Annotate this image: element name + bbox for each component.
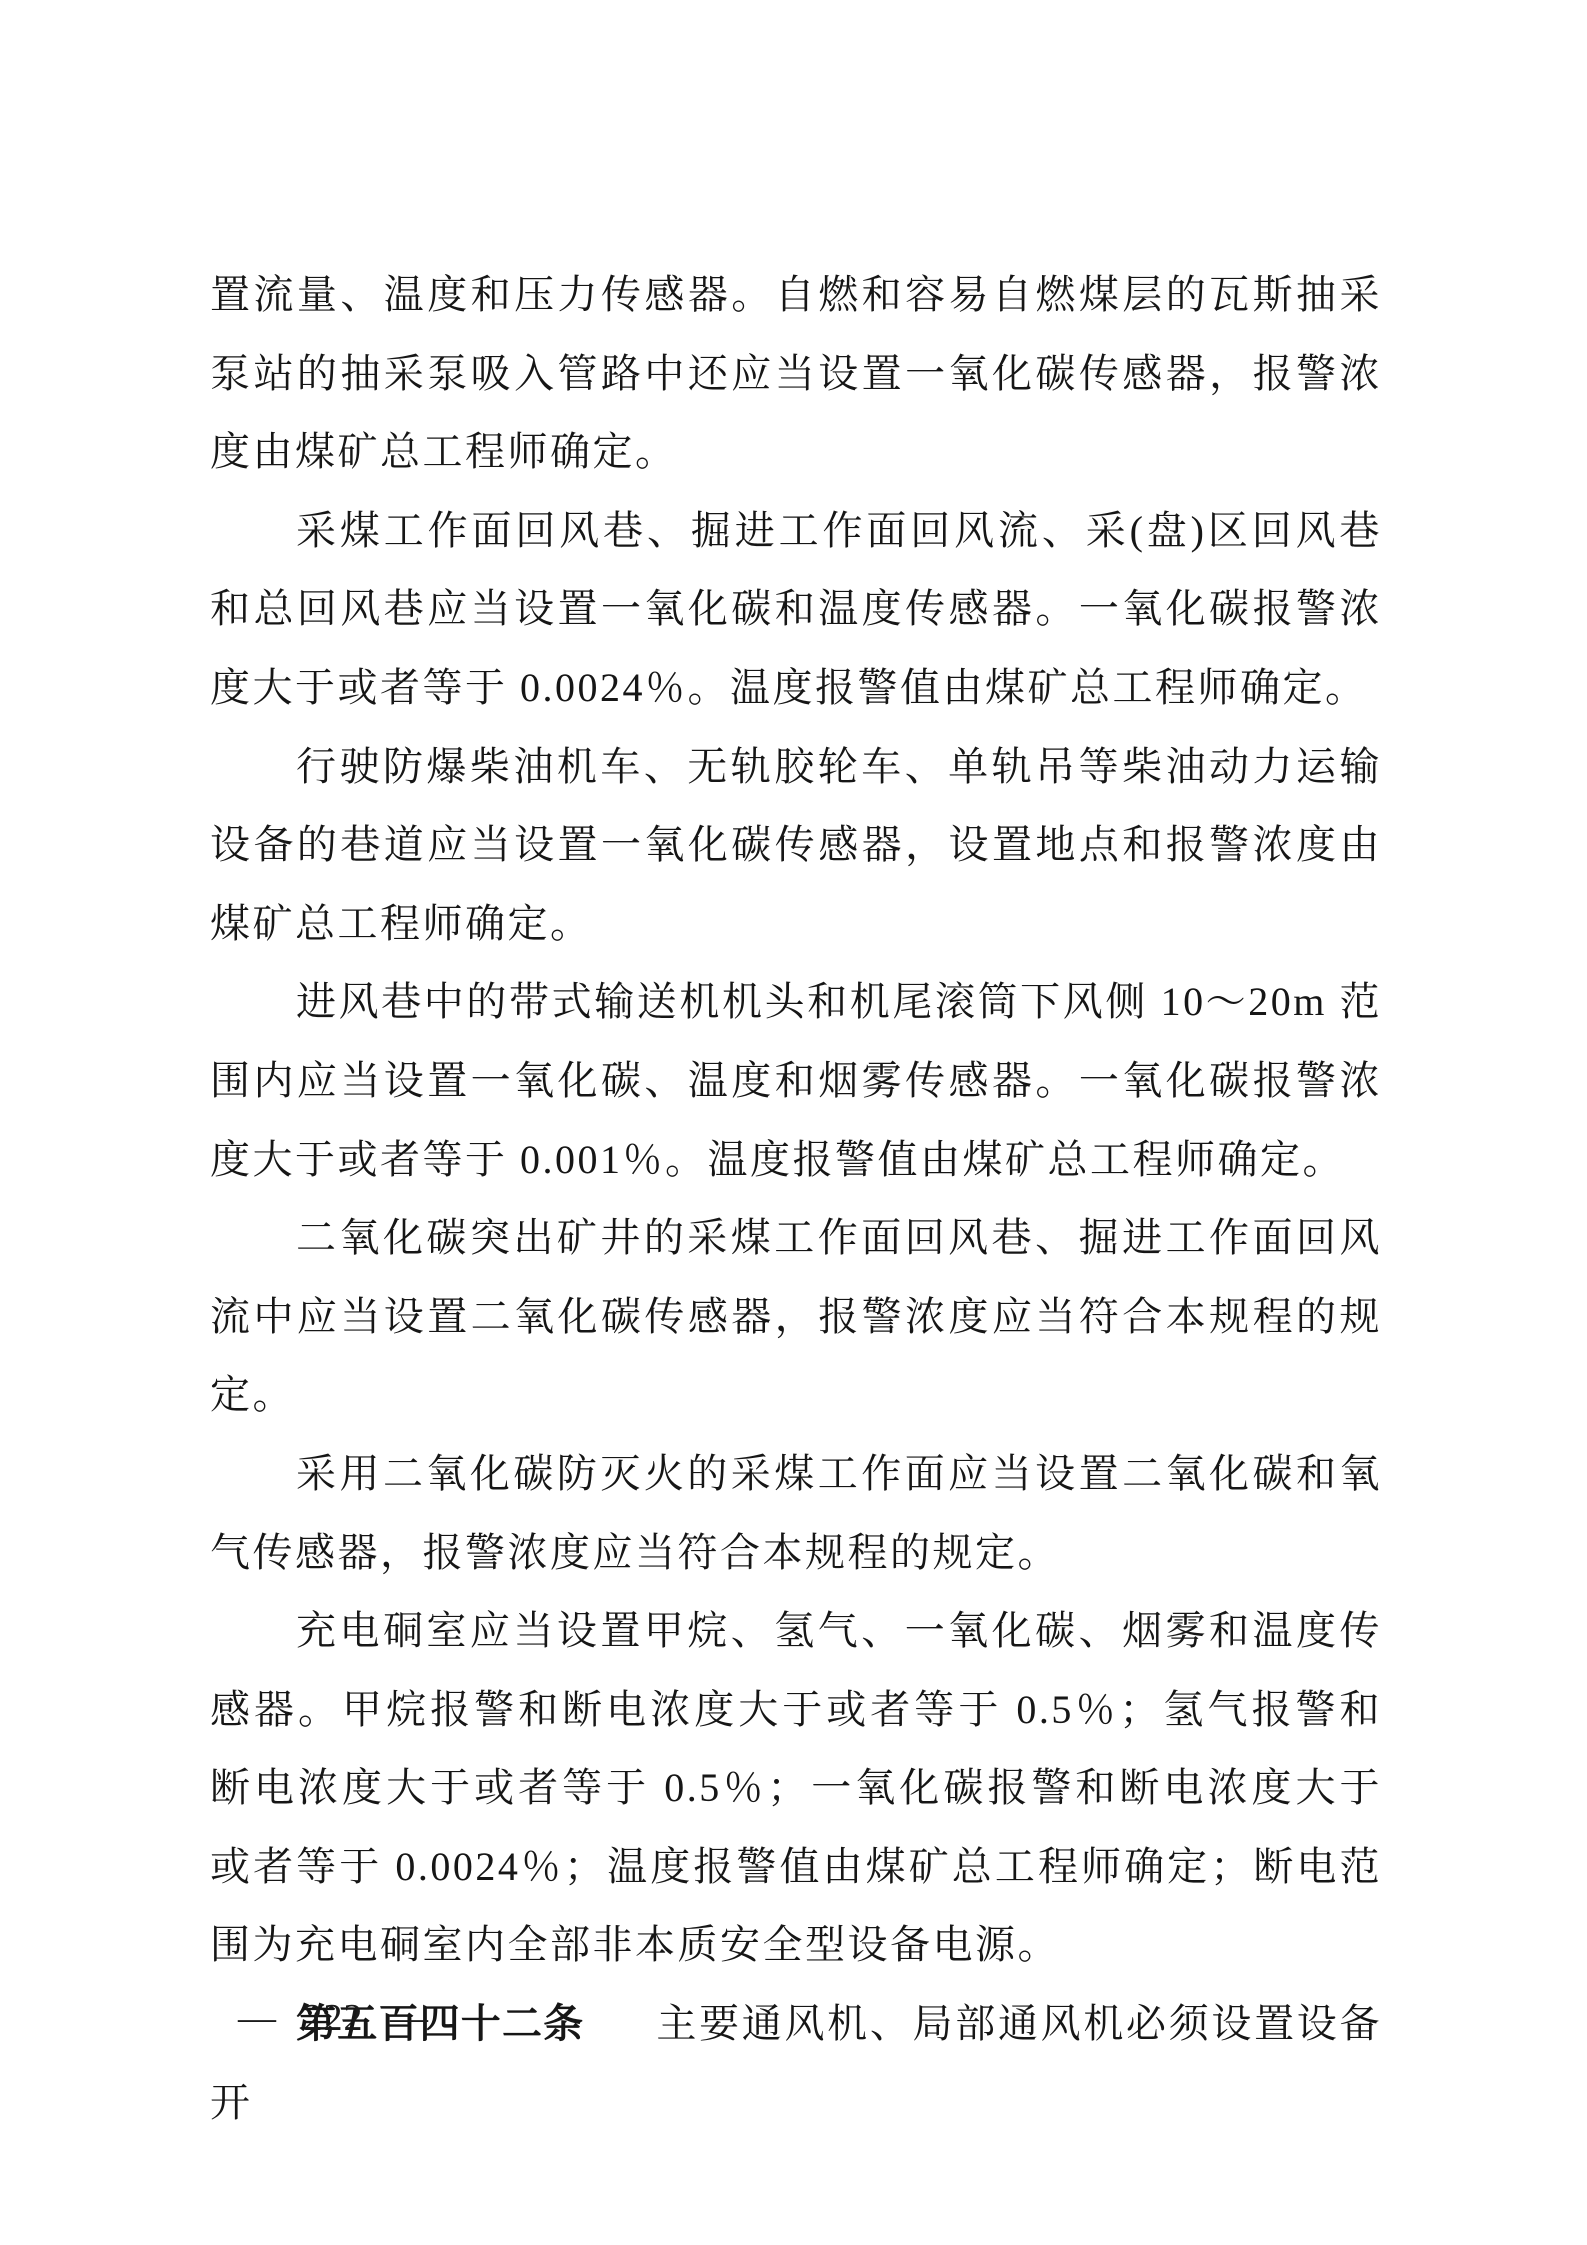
paragraph: 采用二氧化碳防灭火的采煤工作面应当设置二氧化碳和氧气传感器，报警浓度应当符合本规… xyxy=(210,1435,1382,1592)
text-block: 置流量、温度和压力传感器。自燃和容易自燃煤层的瓦斯抽采泵站的抽采泵吸入管路中还应… xyxy=(210,256,1382,2142)
paragraph: 二氧化碳突出矿井的采煤工作面回风巷、掘进工作面回风流中应当设置二氧化碳传感器，报… xyxy=(210,1199,1382,1435)
paragraph: 充电硐室应当设置甲烷、氢气、一氧化碳、烟雾和温度传感器。甲烷报警和断电浓度大于或… xyxy=(210,1592,1382,1985)
page-number: — 222 — xyxy=(238,1996,429,2040)
paragraph: 采煤工作面回风巷、掘进工作面回风流、采(盘)区回风巷和总回风巷应当设置一氧化碳和… xyxy=(210,492,1382,728)
paragraph-continuation: 置流量、温度和压力传感器。自燃和容易自燃煤层的瓦斯抽采泵站的抽采泵吸入管路中还应… xyxy=(210,256,1382,492)
paragraph: 进风巷中的带式输送机机头和机尾滚筒下风侧 10～20m 范围内应当设置一氧化碳、… xyxy=(210,963,1382,1199)
paragraph: 行驶防爆柴油机车、无轨胶轮车、单轨吊等柴油动力运输设备的巷道应当设置一氧化碳传感… xyxy=(210,728,1382,964)
document-page: 置流量、温度和压力传感器。自燃和容易自燃煤层的瓦斯抽采泵站的抽采泵吸入管路中还应… xyxy=(0,0,1587,2245)
